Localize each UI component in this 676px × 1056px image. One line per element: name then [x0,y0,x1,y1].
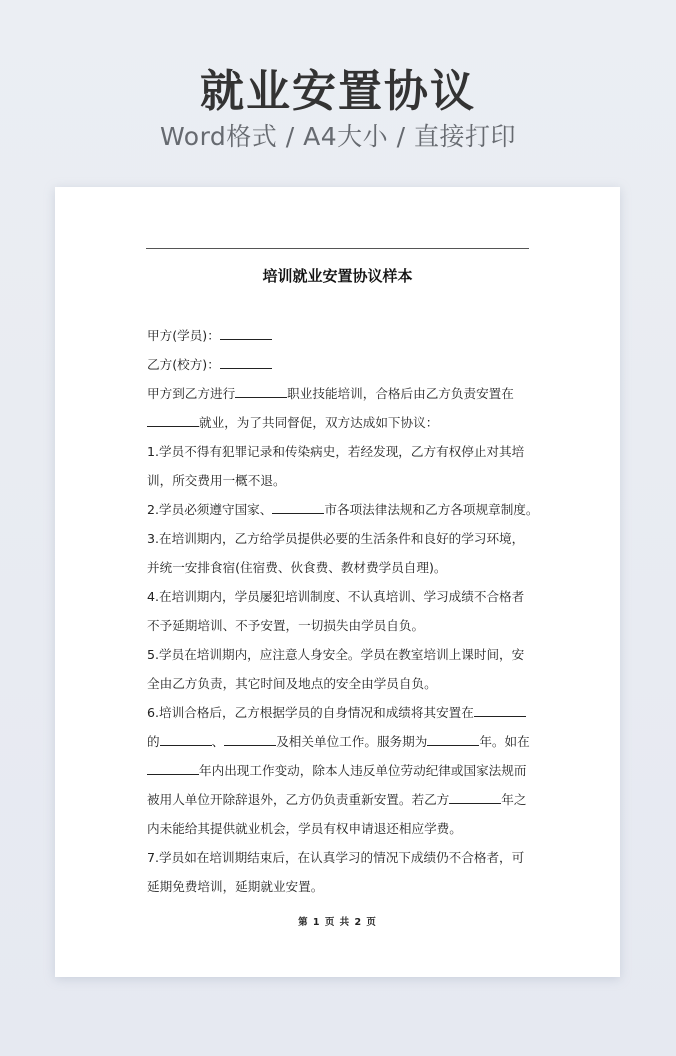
page-footer: 第 1 页 共 2 页 [55,914,620,928]
document-line: 1.学员不得有犯罪记录和传染病史，若经发现，乙方有权停止对其培 [147,437,539,466]
line-text: 4.在培训期内，学员屡犯培训制度、不认真培训、学习成绩不合格者 [147,589,524,604]
document-body: 甲方(学员)：乙方(校方)：甲方到乙方进行职业技能培训，合格后由乙方负责安置在就… [147,321,539,901]
line-text: 6.培训合格后，乙方根据学员的自身情况和成绩将其安置在 [147,705,474,720]
document-line: 的、及相关单位工作。服务期为年。如在 [147,727,539,756]
line-text: 及相关单位工作。服务期为 [276,734,427,749]
line-text: 年之 [501,792,526,807]
document-line: 年内出现工作变动，除本人违反单位劳动纪律或国家法规而 [147,756,539,785]
line-text: 5.学员在培训期内，应注意人身安全。学员在教室培训上课时间，安 [147,647,524,662]
line-text: 7.学员如在培训期结束后，在认真学习的情况下成绩仍不合格者，可 [147,850,524,865]
document-line: 3.在培训期内，乙方给学员提供必要的生活条件和良好的学习环境， [147,524,539,553]
fill-in-blank [272,499,324,514]
hero-subtitle: Word格式 / A4大小 / 直接打印 [0,120,676,154]
line-text: 市各项法律法规和乙方各项规章制度。 [324,502,538,517]
document-line: 被用人单位开除辞退外，乙方仍负责重新安置。若乙方年之 [147,785,539,814]
fill-in-blank [427,731,479,746]
line-text: 职业技能培训，合格后由乙方负责安置在 [287,386,514,401]
document-line: 甲方到乙方进行职业技能培训，合格后由乙方负责安置在 [147,379,539,408]
document-line: 4.在培训期内，学员屡犯培训制度、不认真培训、学习成绩不合格者 [147,582,539,611]
fill-in-blank [235,383,287,398]
document-line: 甲方(学员)： [147,321,539,350]
fill-in-blank [224,731,276,746]
document-line: 乙方(校方)： [147,350,539,379]
fill-in-blank [220,325,272,340]
document-line: 就业，为了共同督促，双方达成如下协议： [147,408,539,437]
line-text: 年。如在 [479,734,529,749]
fill-in-blank [160,731,212,746]
line-text: 并统一安排食宿(住宿费、伙食费、教材费学员自理)。 [147,560,446,575]
fill-in-blank [147,760,199,775]
line-text: 不予延期培训、不予安置，一切损失由学员自负。 [147,618,424,633]
line-text: 甲方(学员)： [147,328,220,343]
line-text: 延期免费培训，延期就业安置。 [147,879,323,894]
line-text: 内未能给其提供就业机会，学员有权申请退还相应学费。 [147,821,462,836]
line-text: 2.学员必须遵守国家、 [147,502,272,517]
document-line: 5.学员在培训期内，应注意人身安全。学员在教室培训上课时间，安 [147,640,539,669]
line-text: 年内出现工作变动，除本人违反单位劳动纪律或国家法规而 [199,763,526,778]
document-title: 培训就业安置协议样本 [55,265,620,287]
document-page: 培训就业安置协议样本 甲方(学员)：乙方(校方)：甲方到乙方进行职业技能培训，合… [55,187,620,977]
document-line: 全由乙方负责，其它时间及地点的安全由学员自负。 [147,669,539,698]
fill-in-blank [147,412,199,427]
document-line: 2.学员必须遵守国家、市各项法律法规和乙方各项规章制度。 [147,495,539,524]
line-text: 被用人单位开除辞退外，乙方仍负责重新安置。若乙方 [147,792,449,807]
line-text: 乙方(校方)： [147,357,220,372]
document-line: 并统一安排食宿(住宿费、伙食费、教材费学员自理)。 [147,553,539,582]
line-text: 、 [212,734,225,749]
document-line: 训，所交费用一概不退。 [147,466,539,495]
line-text: 1.学员不得有犯罪记录和传染病史，若经发现，乙方有权停止对其培 [147,444,524,459]
line-text: 训，所交费用一概不退。 [147,473,286,488]
document-line: 6.培训合格后，乙方根据学员的自身情况和成绩将其安置在 [147,698,539,727]
fill-in-blank [220,354,272,369]
document-line: 不予延期培训、不予安置，一切损失由学员自负。 [147,611,539,640]
line-text: 甲方到乙方进行 [147,386,235,401]
document-line: 内未能给其提供就业机会，学员有权申请退还相应学费。 [147,814,539,843]
line-text: 的 [147,734,160,749]
line-text: 全由乙方负责，其它时间及地点的安全由学员自负。 [147,676,437,691]
fill-in-blank [474,702,526,717]
fill-in-blank [449,789,501,804]
header-rule [146,248,529,249]
document-line: 延期免费培训，延期就业安置。 [147,872,539,901]
line-text: 就业，为了共同督促，双方达成如下协议： [199,415,438,430]
line-text: 3.在培训期内，乙方给学员提供必要的生活条件和良好的学习环境， [147,531,524,546]
hero-title: 就业安置协议 [0,64,676,120]
document-line: 7.学员如在培训期结束后，在认真学习的情况下成绩仍不合格者，可 [147,843,539,872]
